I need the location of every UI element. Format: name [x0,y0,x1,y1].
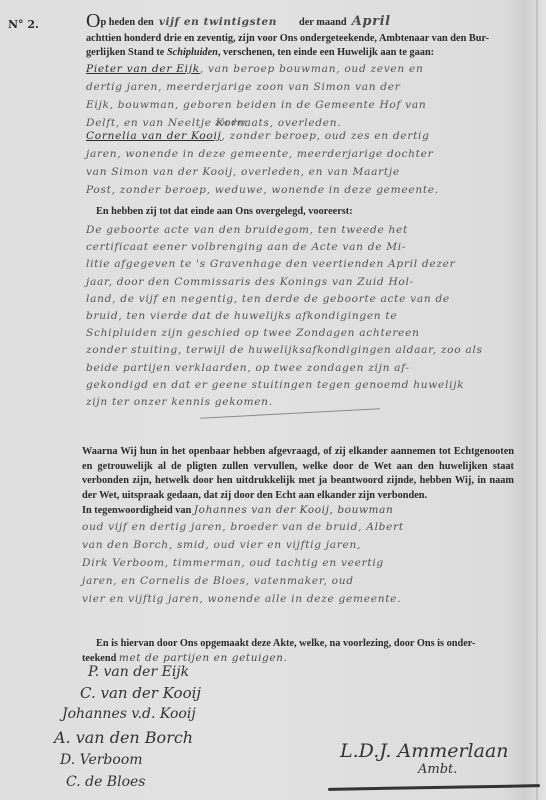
documents-line: bruid, ten vierde dat de huwelijks afkon… [86,308,526,325]
closing-line-1: En is hiervan door Ons opgemaakt deze Ak… [96,637,516,652]
signature-witness-2: A. van den Borch [54,728,193,747]
documents-paragraph: De geboorte acte van den bruidegom, ten … [86,222,526,411]
witness-line: Dirk Verboom, timmerman, oud tachtig en … [82,554,522,572]
signature-groom: P. van der Eijk [88,664,189,680]
signature-witness-4: C. de Bloes [66,774,145,790]
big-initial: O [86,10,100,32]
documents-line: beide partijen verklaarden, op twee zond… [86,360,526,377]
opening-line-3: gerlijken Stand te Schipluiden, verschen… [86,46,516,61]
opening-line3-prefix: gerlijken Stand te [86,47,164,58]
signature-witness-1: Johannes v.d. Kooij [62,706,196,722]
witnesses-first-line: In tegenwoordigheid van Johannes van der… [82,503,514,519]
witness-line: van den Borch, smid, oud vier en vijftig… [82,536,522,554]
record-number: N° 2. [8,18,39,31]
day-handwritten: vijf en twintigsten [159,15,294,30]
opening-prefix: p heden den [100,17,153,28]
place-name: Schipluiden [167,47,218,58]
bride-line: jaren, wonende in deze gemeente, meerder… [86,145,526,163]
witness-line: oud vijf en dertig jaren, broeder van de… [82,518,522,536]
documents-line: Schipluiden zijn geschied op twee Zondag… [86,325,526,342]
opening-line-1: Op heden den vijf en twintigsten der maa… [86,14,516,31]
documents-line: land, de vijf en negentig, ten derde de … [86,291,526,308]
opening-line-2: achttien honderd drie en zeventig, zijn … [86,32,516,47]
bride-name: Cornelia van der Kooij [86,130,222,142]
groom-line: Eijk, bouwman, geboren beiden in de Geme… [86,96,526,114]
documents-line: certificaat eener volbrenging aan de Act… [86,239,526,256]
documents-line: zonder stuiting, terwijl de huwelijksafk… [86,342,526,359]
witness-line: jaren, en Cornelis de Bloes, vatenmaker,… [82,572,522,590]
documents-line: jaar, door den Commissaris des Konings v… [86,274,526,291]
bride-line: van Simon van der Kooij, overleden, en v… [86,163,526,181]
groom-line: dertig jaren, meerderjarige zoon van Sim… [86,78,526,96]
official-title: Ambt. [418,762,457,777]
closing-handwritten: met de partijen en getuigen. [119,652,288,664]
signature-bride: C. van der Kooij [80,684,201,702]
vows-text: Waarna Wij hun in het openbaar hebben af… [82,445,514,503]
documents-line: litie afgegeven te 's Gravenhage den vee… [86,256,526,273]
documents-intro: En hebben zij tot dat einde aan Ons over… [96,205,516,220]
page-edge [536,0,538,800]
witness-line: Johannes van der Kooij, bouwman [194,504,393,516]
groom-name: Pieter van der Eijk [86,63,200,75]
signature-witness-3: D. Verboom [60,752,143,768]
signature-official: L.D.J. Ammerlaan [340,740,509,762]
documents-line: gekondigd en dat er geene stuitingen teg… [86,377,526,394]
witnesses-paragraph: oud vijf en dertig jaren, broeder van de… [82,518,522,608]
groom-line: , van beroep bouwman, oud zeven en [200,63,424,75]
documents-line: zijn ter onzer kennis gekomen. [86,394,526,411]
opening-mid: der maand [299,17,347,28]
bride-line: Post, zonder beroep, weduwe, wonende in … [86,181,526,199]
witnesses-prefix: In tegenwoordigheid van [82,505,191,516]
bride-line: , zonder beroep, oud zes en dertig [222,130,430,142]
bride-paragraph: Cornelia van der Kooij, zonder beroep, o… [86,127,526,199]
opening-line3-suffix: , verschenen, ten einde een Huwelijk aan… [218,47,434,58]
documents-line: De geboorte acte van den bruidegom, ten … [86,222,526,239]
month-handwritten: April [352,14,391,29]
witness-line: vier en vijftig jaren, wonende alle in d… [82,590,522,608]
groom-paragraph: Pieter van der Eijk, van beroep bouwman,… [86,60,526,132]
closing-prefix: teekend [82,653,116,664]
